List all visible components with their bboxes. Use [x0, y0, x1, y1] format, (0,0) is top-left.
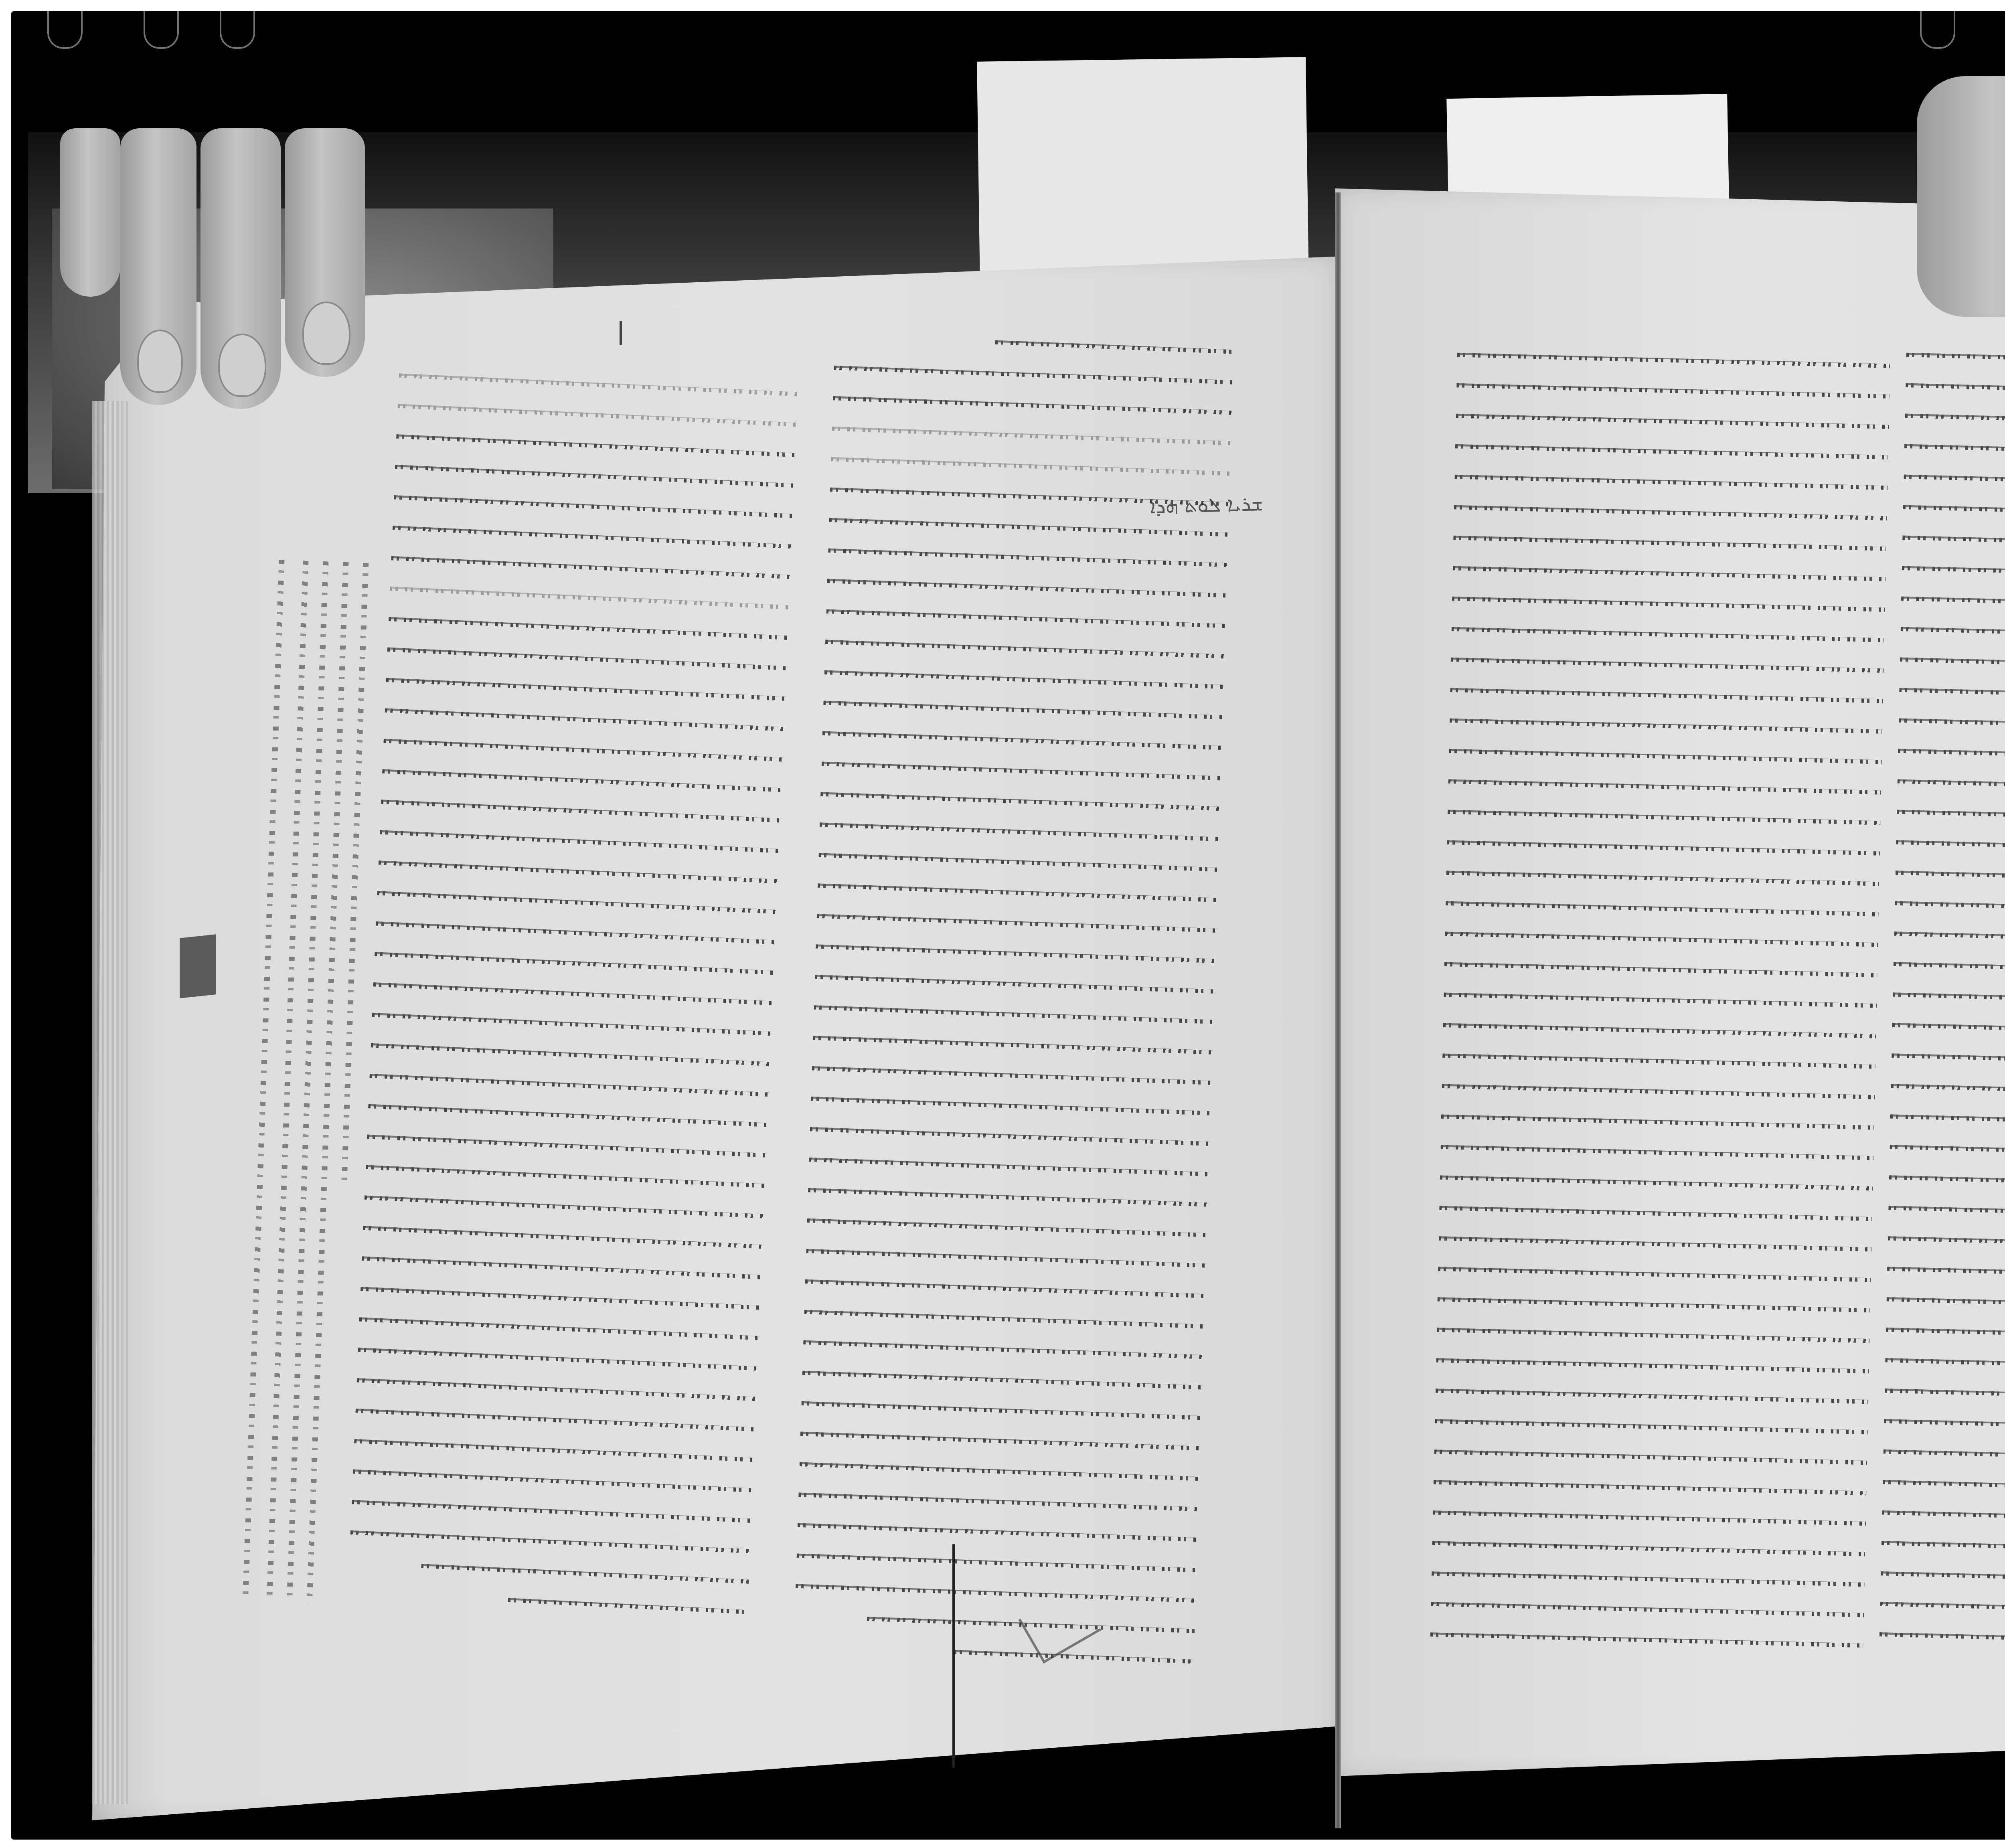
text-line: [356, 1370, 757, 1407]
text-line: [814, 997, 1215, 1030]
text-line: [1884, 1411, 2005, 1441]
text-line: [1884, 1380, 2005, 1410]
text-line: [824, 662, 1225, 695]
text-line: [1450, 649, 1884, 679]
right-hand: [1917, 36, 2005, 325]
text-line: [377, 883, 778, 920]
text-line: [1438, 1259, 1871, 1289]
text-line: [1434, 1441, 1867, 1471]
text-line: [1880, 1593, 2005, 1623]
text-column-3: [1430, 344, 1890, 1664]
book-gutter: [1335, 192, 1341, 1828]
text-line: [1450, 680, 1883, 710]
text-line: [828, 540, 1229, 573]
text-line: [373, 974, 774, 1012]
text-line: [361, 1248, 763, 1285]
text-line: [1888, 1197, 2005, 1227]
text-line: [818, 844, 1220, 878]
text-line: [1892, 1045, 2005, 1075]
text-line: [1443, 1015, 1876, 1045]
text-line: [1440, 1167, 1873, 1197]
finger: [60, 128, 120, 297]
text-line: [1446, 893, 1879, 923]
text-line: [1901, 588, 2005, 618]
text-line: [1897, 771, 2005, 801]
text-line: [1881, 1532, 2005, 1563]
text-line: [808, 1180, 1209, 1213]
text-line: [1892, 1014, 2005, 1044]
text-line: [1452, 558, 1886, 588]
text-line: [359, 1309, 760, 1346]
text-line: [1453, 527, 1887, 557]
film-sprocket: [47, 11, 83, 49]
text-line: [810, 1119, 1211, 1152]
text-line: [393, 487, 795, 524]
text-line: [1893, 954, 2005, 984]
text-line: [351, 1492, 753, 1529]
text-line: [1449, 741, 1882, 771]
page-tab-marker: [180, 934, 216, 998]
fingernail: [137, 330, 183, 393]
text-line: [812, 1058, 1213, 1091]
text-line: [1455, 436, 1888, 466]
text-line: [1456, 375, 1890, 405]
text-line: [1446, 862, 1879, 893]
text-line: [365, 1157, 767, 1194]
text-line: [832, 388, 1234, 421]
text-line: [1894, 923, 2005, 953]
text-line: [397, 395, 798, 433]
text-line: [827, 571, 1228, 604]
text-line: [1890, 1136, 2005, 1166]
text-line: [807, 1210, 1208, 1243]
text-line: [364, 1187, 766, 1225]
text-line: [806, 1241, 1207, 1274]
text-line: [1437, 1289, 1871, 1319]
text-line: [816, 905, 1218, 939]
text-line: [370, 1035, 772, 1073]
text-line: [363, 1218, 764, 1255]
text-line: [1891, 1075, 2005, 1105]
text-line: [372, 1004, 773, 1042]
text-line: [815, 936, 1217, 969]
text-line: [1444, 954, 1877, 984]
text-line: [826, 601, 1227, 634]
text-line: [389, 578, 791, 616]
text-line: [395, 456, 796, 494]
text-line: [819, 814, 1221, 848]
text-line: [421, 1555, 750, 1590]
text-line: [1904, 436, 2005, 466]
film-sprocket: [144, 11, 179, 49]
text-line: [396, 426, 797, 464]
text-column-2: [793, 327, 1236, 1680]
text-line: [374, 943, 776, 981]
text-line: [1900, 619, 2005, 649]
text-line: [386, 670, 787, 707]
text-line: [1445, 923, 1878, 953]
text-line: [1885, 1350, 2005, 1380]
finger: [285, 128, 365, 377]
text-line: [1438, 1228, 1872, 1258]
finger: [120, 128, 196, 405]
text-line: [387, 639, 788, 677]
text-line: [812, 1027, 1214, 1061]
text-line: [821, 753, 1223, 787]
text-line: [1430, 1624, 1863, 1654]
text-line: [1898, 741, 2005, 771]
text-line: [1440, 1137, 1874, 1167]
text-line: [1447, 832, 1880, 862]
text-line: [1456, 405, 1889, 435]
fingernail: [218, 334, 266, 397]
text-line: [1903, 497, 2005, 527]
text-line: [367, 1126, 768, 1164]
text-line: [1431, 1593, 1864, 1623]
text-line: [1454, 497, 1887, 527]
text-line: [817, 875, 1219, 908]
text-line: [350, 1522, 751, 1560]
text-line: [801, 1393, 1203, 1426]
text-line: [820, 784, 1221, 817]
text-line: [1887, 1258, 2005, 1288]
text-line: [1432, 1532, 1865, 1563]
text-line: [805, 1271, 1206, 1304]
text-line: [822, 723, 1223, 756]
text-line: [834, 357, 1235, 391]
text-line: [1439, 1198, 1873, 1228]
paper-slip: [977, 57, 1309, 286]
margin-note-line: [341, 563, 369, 1188]
text-line: [1904, 466, 2005, 496]
text-line: [1900, 649, 2005, 679]
text-line: [1899, 680, 2005, 710]
text-line: [1444, 984, 1877, 1014]
margin-note-line: [287, 561, 329, 1603]
text-line: [1449, 710, 1883, 740]
text-line: [1433, 1472, 1867, 1502]
margin-note-line: [307, 562, 349, 1604]
text-line: [1452, 588, 1886, 618]
text-line: [1442, 1076, 1875, 1106]
text-line: [1895, 893, 2005, 923]
text-line: [825, 632, 1226, 665]
text-line: [368, 1096, 769, 1133]
text-line: [1435, 1380, 1869, 1410]
text-line: [810, 1088, 1212, 1121]
page-edge-stack: [92, 401, 128, 1804]
text-line: [388, 609, 790, 646]
text-line: [1893, 984, 2005, 1014]
descender-stroke: [952, 1544, 955, 1768]
text-line: [1448, 771, 1881, 801]
text-line: [814, 966, 1216, 1000]
text-line: [1895, 862, 2005, 893]
text-line: [804, 1301, 1205, 1335]
text-line: [1896, 832, 2005, 862]
text-line: [1888, 1228, 2005, 1258]
text-line: [1432, 1563, 1865, 1593]
text-line: [1886, 1319, 2005, 1349]
text-line: [802, 1362, 1203, 1396]
text-line: [392, 517, 794, 555]
text-line: [1905, 405, 2005, 435]
text-column-1: [347, 365, 800, 1630]
text-line: [823, 692, 1224, 726]
text-line: [355, 1400, 756, 1438]
text-line: [797, 1515, 1199, 1548]
text-line: [1435, 1411, 1868, 1441]
text-line: [1454, 466, 1888, 496]
text-line: [1447, 802, 1881, 832]
text-line: [381, 791, 782, 829]
text-line: [1451, 619, 1885, 649]
text-line: [378, 852, 780, 890]
folio-mark: [620, 321, 622, 345]
text-line: [1441, 1106, 1874, 1136]
text-line: [1889, 1167, 2005, 1197]
text-line: [1433, 1502, 1866, 1532]
text-line: [1896, 802, 2005, 832]
left-hand: [52, 48, 373, 377]
fingernail: [302, 302, 350, 365]
knuckles: [1917, 76, 2005, 317]
text-line: [379, 822, 781, 859]
text-line: [360, 1278, 761, 1316]
text-line: [800, 1423, 1201, 1457]
text-line: [1881, 1563, 2005, 1593]
text-line: [1442, 1045, 1876, 1075]
text-line: [375, 913, 777, 951]
text-line: [1906, 344, 2005, 374]
text-line: [1879, 1624, 2005, 1654]
text-line: [1436, 1320, 1870, 1350]
text-line: [809, 1149, 1210, 1182]
text-line: [383, 731, 784, 768]
text-line: [369, 1065, 770, 1103]
text-line: [795, 1576, 1197, 1609]
text-line: [1886, 1289, 2005, 1319]
film-sprocket: [220, 11, 255, 49]
text-line: [352, 1461, 754, 1499]
text-line: [1906, 375, 2005, 405]
text-line: [1882, 1502, 2005, 1532]
text-line: [391, 548, 792, 585]
text-line: [803, 1332, 1204, 1365]
text-line: [1883, 1441, 2005, 1471]
text-line: [508, 1590, 749, 1621]
text-line: [1902, 527, 2005, 557]
text-line: [832, 418, 1233, 451]
text-line: [1898, 710, 2005, 740]
text-line: [1890, 1106, 2005, 1136]
finger: [200, 128, 281, 409]
text-line: [354, 1431, 755, 1468]
text-line: [799, 1454, 1201, 1487]
text-line: [798, 1484, 1199, 1518]
text-line: [1436, 1350, 1869, 1380]
text-line: [831, 449, 1232, 482]
text-line: [1902, 558, 2005, 588]
text-line: [358, 1339, 759, 1377]
text-line: [382, 761, 783, 799]
text-line: [796, 1545, 1198, 1579]
text-line: [1882, 1472, 2005, 1502]
text-line: [384, 700, 786, 738]
